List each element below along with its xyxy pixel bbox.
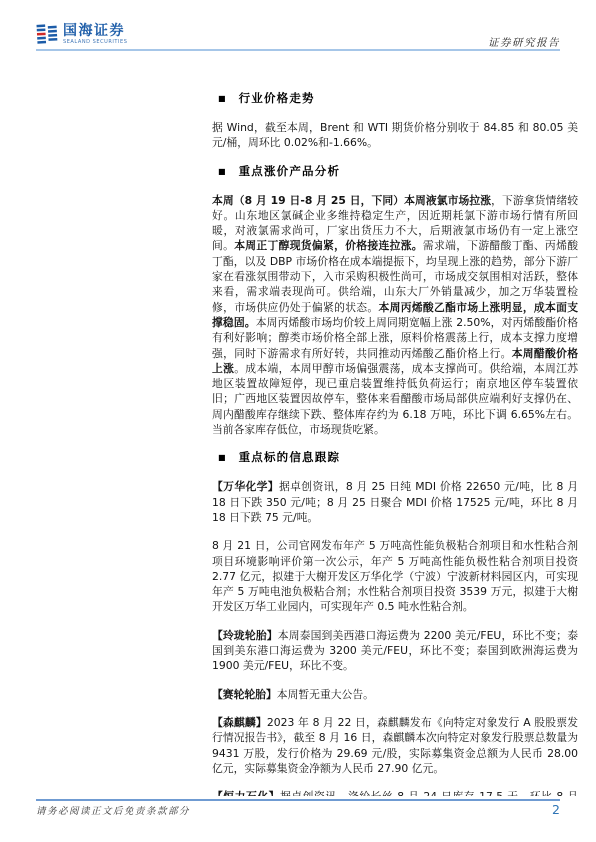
paragraph-bold-text: 【万华化学】 [212,480,279,493]
brand-name-en: SEALAND SECURITIES [63,40,127,45]
section-heading: ■重点标的信息跟踪 [218,450,578,466]
paragraph: 【恒力石化】据卓创资讯，涤纶长丝 8 月 24 日库存 17.5 天，环比 8 … [212,789,578,796]
page-header: 国海证券 SEALAND SECURITIES 证券研究报告 [36,23,560,49]
paragraph: 本周（8 月 19 日-8 月 25 日，下同）本周液氯市场拉涨，下游拿货情绪较… [212,193,578,438]
footer-divider [36,799,560,801]
page-number: 2 [552,804,560,817]
paragraph-bold-text: 【森麒麟】 [212,716,267,729]
section-heading: ■重点涨价产品分析 [218,164,578,180]
square-bullet-icon: ■ [218,167,226,176]
content: ■行业价格走势据 Wind，截至本周，Brent 和 WTI 期货价格分别收于 … [212,91,578,796]
paragraph: 【万华化学】据卓创资讯，8 月 25 日纯 MDI 价格 22650 元/吨，比… [212,479,578,525]
paragraph: 8 月 21 日，公司官网发布年产 5 万吨高性能负极粘合剂项目和水性粘合剂项目… [212,538,578,614]
section-title: 行业价格走势 [239,91,315,105]
square-bullet-icon: ■ [218,94,226,103]
paragraph-text: 8 月 21 日，公司官网发布年产 5 万吨高性能负极粘合剂项目和水性粘合剂项目… [212,539,578,613]
paragraph-text: 。成本端，本周甲醇市场偏强震荡，成本支撑尚可。供给端，本周江苏地区装置故障短停，… [212,362,578,436]
paragraph-bold-text: 本周正丁醇现货偏紧，价格接连拉涨。 [234,239,423,252]
section-heading: ■行业价格走势 [218,91,578,107]
paragraph-text: 据 Wind，截至本周，Brent 和 WTI 期货价格分别收于 84.85 和… [212,121,578,149]
paragraph: 【玲珑轮胎】本周泰国到美西港口海运费为 2200 美元/FEU，环比不变；泰国到… [212,628,578,674]
section-title: 重点标的信息跟踪 [239,450,341,464]
section-title: 重点涨价产品分析 [239,164,341,178]
paragraph-text: 2023 年 8 月 22 日，森麒麟发布《向特定对象发行 A 股股票发行情况报… [212,716,578,775]
sealand-logo-icon [36,23,58,45]
brand-name-cn: 国海证券 [63,24,127,38]
paragraph-bold-text: 【赛轮轮胎】 [212,688,277,701]
square-bullet-icon: ■ [218,453,226,462]
paragraph-bold-text: 【玲珑轮胎】 [212,629,278,642]
footer-disclaimer: 请务必阅读正文后免责条款部分 [36,803,190,817]
brand-text: 国海证券 SEALAND SECURITIES [63,24,127,45]
paragraph: 据 Wind，截至本周，Brent 和 WTI 期货价格分别收于 84.85 和… [212,120,578,151]
paragraph: 【森麒麟】2023 年 8 月 22 日，森麒麟发布《向特定对象发行 A 股股票… [212,715,578,776]
paragraph: 【赛轮轮胎】本周暂无重大公告。 [212,687,578,702]
header-divider [36,49,560,51]
brand-logo: 国海证券 SEALAND SECURITIES [36,23,560,45]
report-type-label: 证券研究报告 [488,35,560,50]
paragraph-text: 本周暂无重大公告。 [277,688,374,701]
page-footer: 请务必阅读正文后免责条款部分 2 [36,803,560,817]
paragraph-bold-text: 【恒力石化】 [212,790,280,796]
report-page: 国海证券 SEALAND SECURITIES 证券研究报告 ■行业价格走势据 … [0,0,596,842]
paragraph-bold-text: 本周（8 月 19 日-8 月 25 日，下同）本周液氯市场拉涨 [212,194,491,207]
